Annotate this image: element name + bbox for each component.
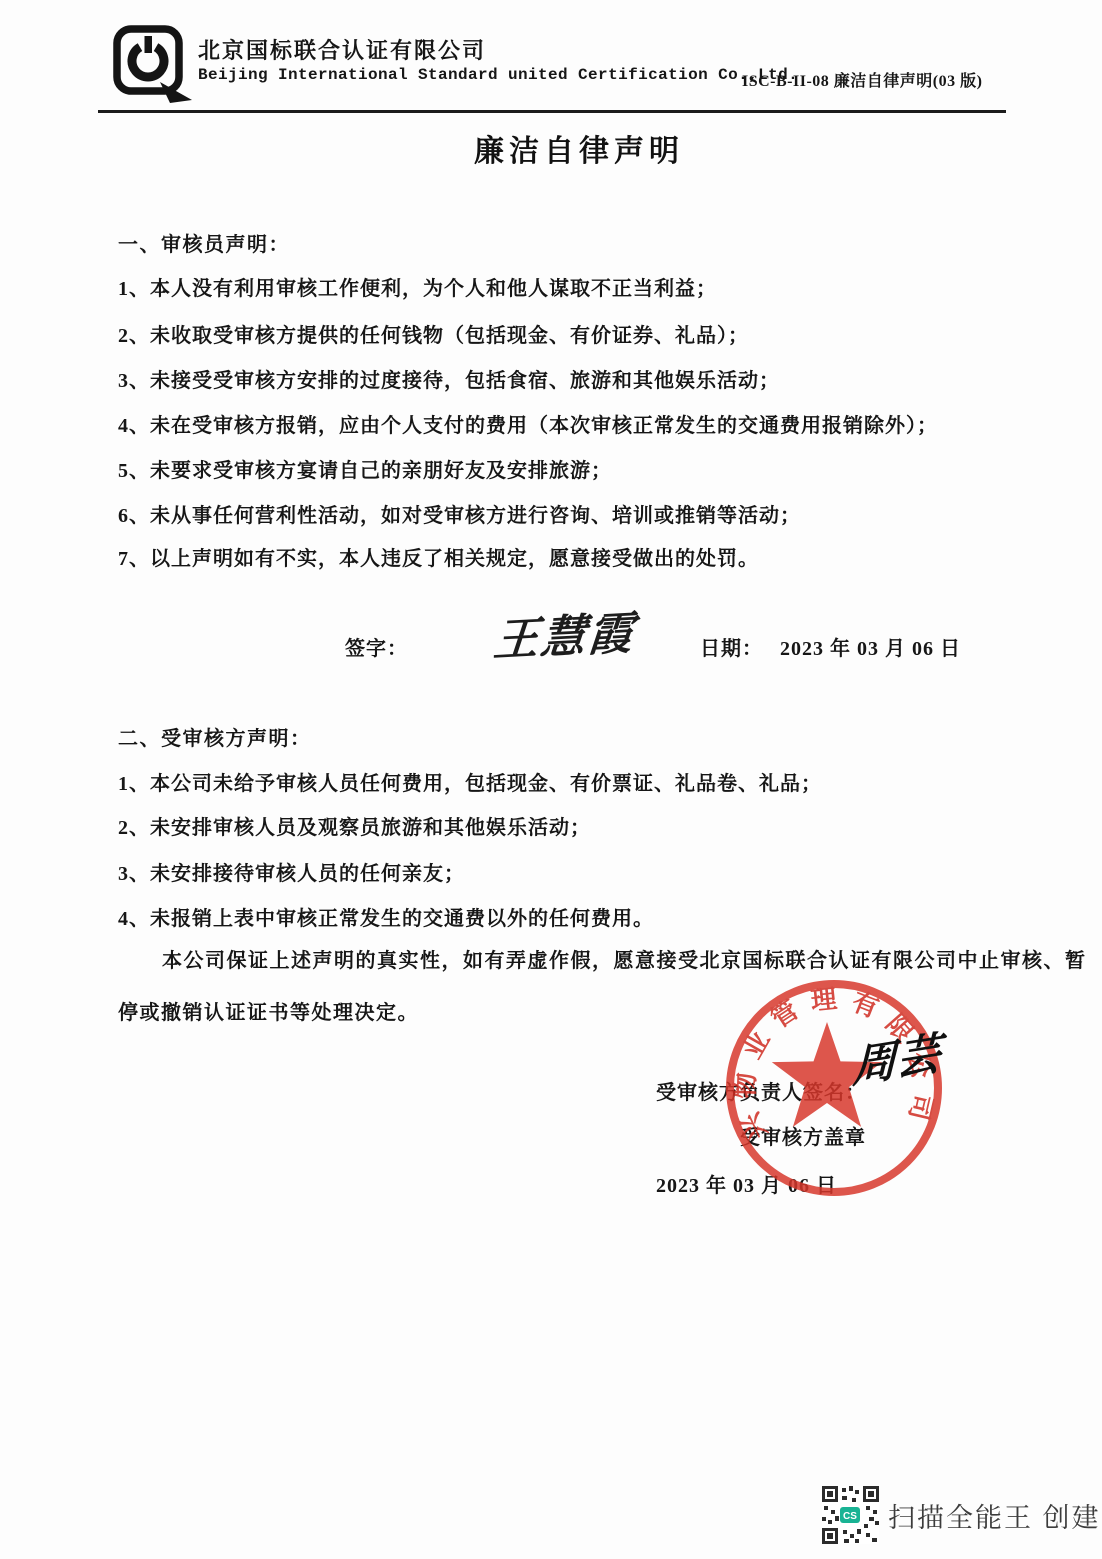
qr-code: CS [822,1486,879,1544]
section1-heading: 一、审核员声明： [118,228,290,257]
declaration-item: 7、以上声明如有不实，本人违反了相关规定，愿意接受做出的处罚。 [118,542,759,571]
auditor-signature: 王慧霞 [491,596,638,669]
certification-logo-icon [112,24,200,108]
pledge-line1: 本公司保证上述声明的真实性，如有弄虚作假，愿意接受北京国标联合认证有限公司中止审… [162,944,1087,973]
company-logo [112,24,200,108]
sign-label: 签字： [345,632,408,661]
scanned-document-page: 北京国标联合认证有限公司 Beijing International Stand… [0,0,1102,1559]
section2-heading: 二、受审核方声明： [118,722,312,751]
declaration-item: 2、未安排审核人员及观察员旅游和其他娱乐活动； [118,811,591,840]
company-name-cn: 北京国标联合认证有限公司 [198,34,486,65]
camscanner-badge-label: CS [843,1511,857,1522]
declaration-item: 2、未收取受审核方提供的任何钱物（包括现金、有价证券、礼品）； [118,319,749,348]
auditee-date: 2023 年 03 月 06 日 [656,1169,837,1198]
auditee-signer-label: 受审核方负责人签名： [656,1076,866,1105]
declaration-item: 1、本人没有利用审核工作便利，为个人和他人谋取不正当利益； [118,272,717,301]
page-title: 廉洁自律声明 [28,126,1102,170]
declaration-item: 6、未从事任何营利性活动，如对受审核方进行咨询、培训或推销等活动； [118,499,801,528]
declaration-item: 4、未在受审核方报销，应由个人支付的费用（本次审核正常发生的交通费用报销除外）； [118,409,938,438]
auditee-stamp-label: 受审核方盖章 [740,1121,866,1150]
scanner-watermark-text: 扫描全能王 创建 [888,1496,1101,1535]
auditee-signature: 周芸 [852,1016,942,1095]
document-code: ISC-B-II-08 廉洁自律声明(03 版) [742,68,982,91]
header-divider [98,110,1006,113]
declaration-item: 4、未报销上表中审核正常发生的交通费以外的任何费用。 [118,902,654,931]
declaration-item: 5、未要求受审核方宴请自己的亲朋好友及安排旅游； [118,454,612,483]
declaration-item: 1、本公司未给予审核人员任何费用，包括现金、有价票证、礼品卷、礼品； [118,767,822,796]
company-name-en: Beijing International Standard united Ce… [198,66,798,84]
pledge-line2: 停或撤销认证证书等处理决定。 [118,996,419,1025]
qr-code-icon: CS [822,1486,879,1544]
declaration-item: 3、未接受受审核方安排的过度接待，包括食宿、旅游和其他娱乐活动； [118,364,780,393]
auditor-date: 2023 年 03 月 06 日 [780,632,961,661]
date-label: 日期： [700,632,763,661]
declaration-item: 3、未安排接待审核人员的任何亲友； [118,857,465,886]
